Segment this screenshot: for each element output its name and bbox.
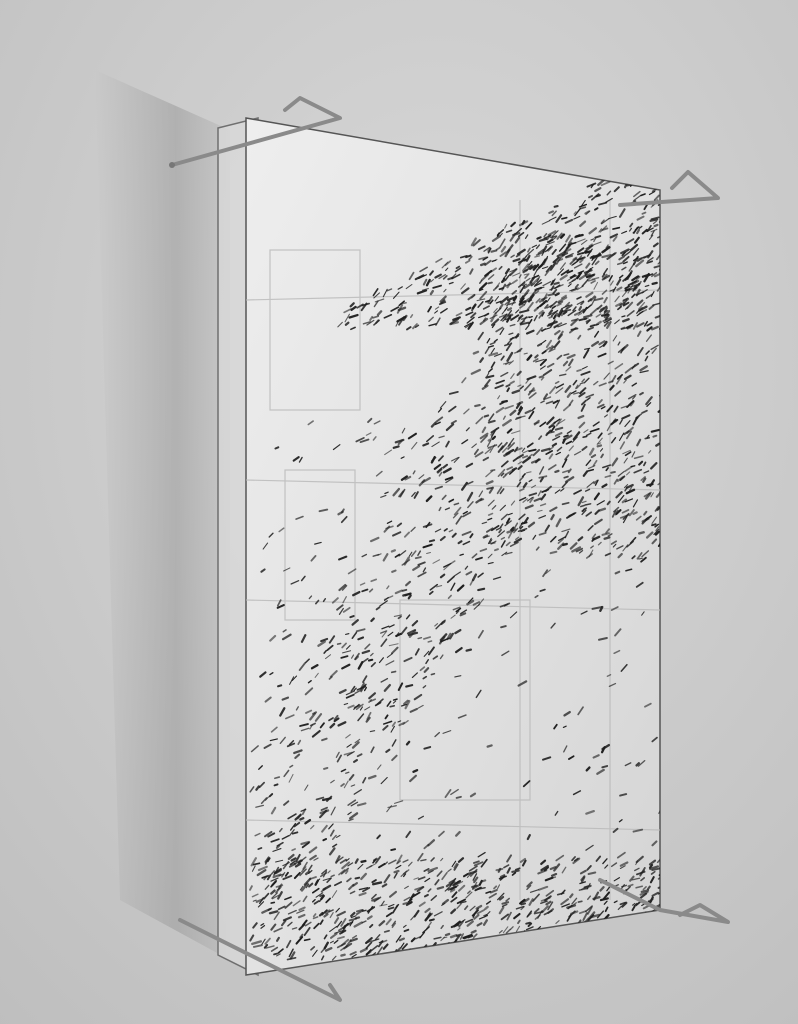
artwork-photograph <box>0 0 798 1024</box>
front-glass-panel <box>246 118 660 975</box>
